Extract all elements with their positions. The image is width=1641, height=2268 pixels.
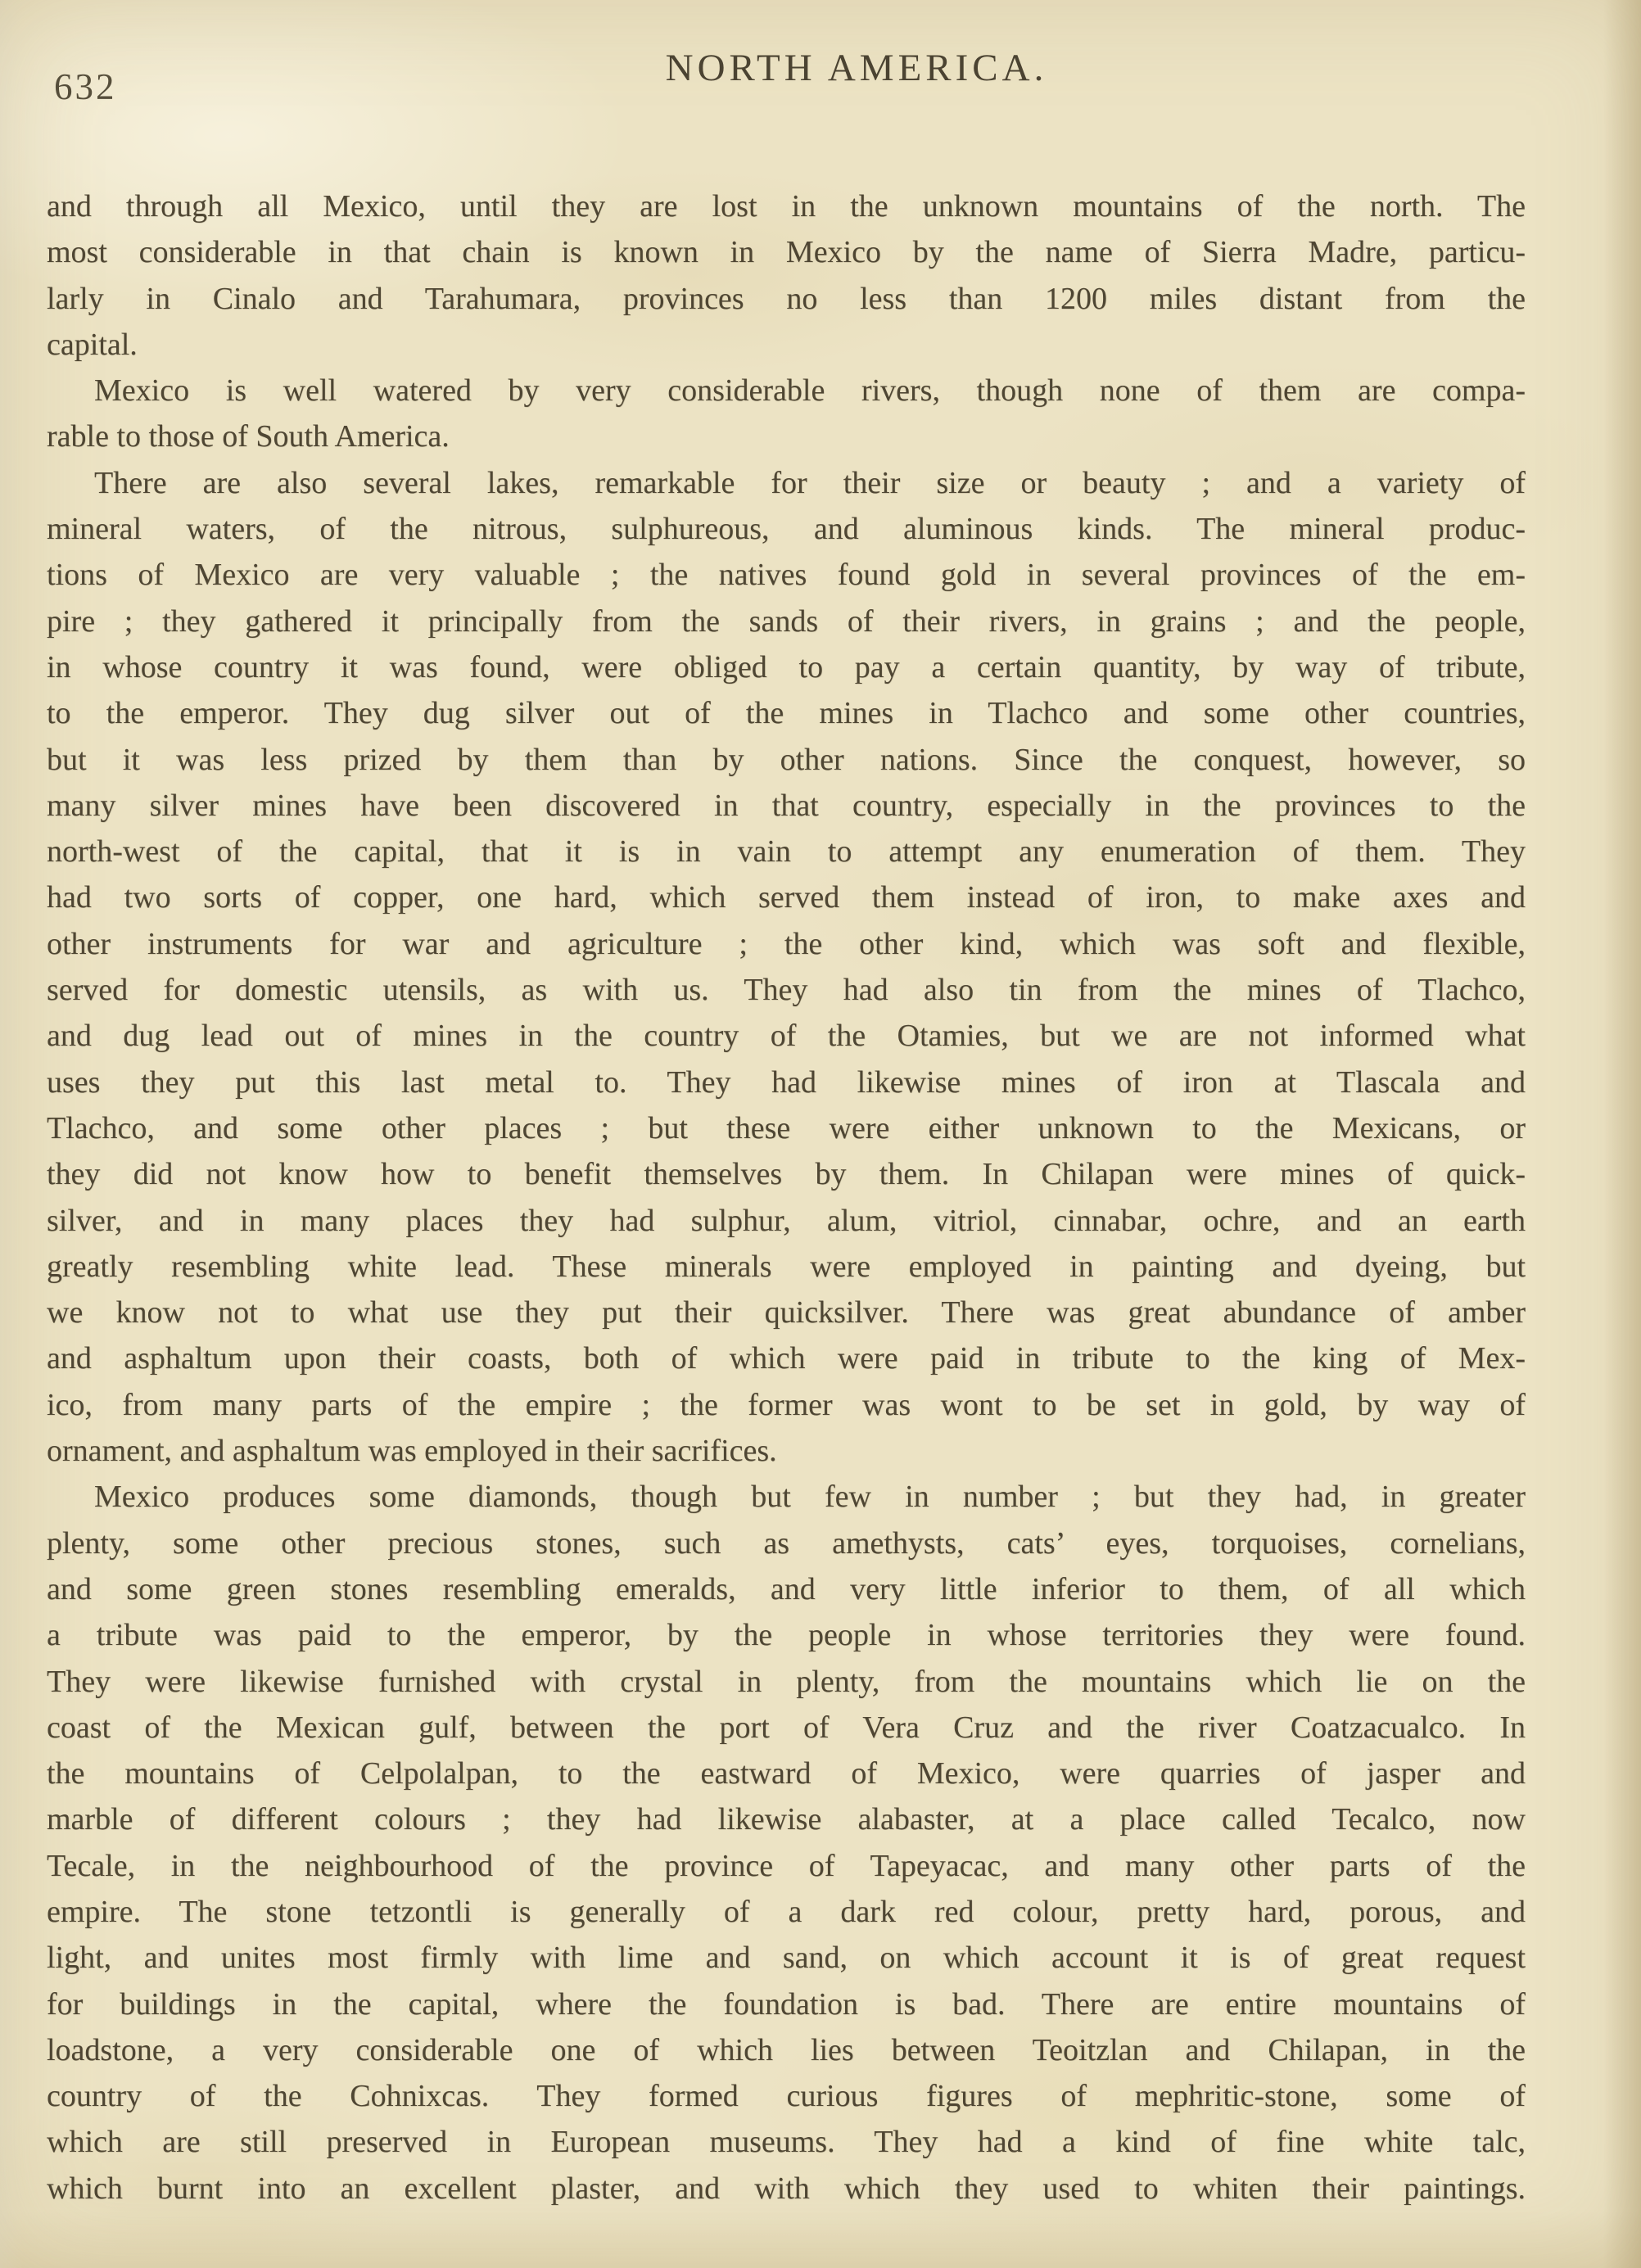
- text-line: we know not to what use they put their q…: [47, 1290, 1526, 1335]
- text-line: had two sorts of copper, one hard, which…: [47, 874, 1526, 920]
- text-line: coast of the Mexican gulf, between the p…: [47, 1705, 1526, 1751]
- text-line: Mexico produces some diamonds, though bu…: [47, 1474, 1526, 1520]
- text-line: silver, and in many places they had sulp…: [47, 1198, 1526, 1244]
- text-line: for buildings in the capital, where the …: [47, 1981, 1526, 2027]
- text-line: other instruments for war and agricultur…: [47, 921, 1526, 967]
- text-line: but it was less prized by them than by o…: [47, 737, 1526, 783]
- text-line: larly in Cinalo and Tarahumara, province…: [47, 276, 1526, 322]
- text-line: to the emperor. They dug silver out of t…: [47, 690, 1526, 736]
- text-line: served for domestic utensils, as with us…: [47, 967, 1526, 1013]
- book-page-scan: 632 NORTH AMERICA. and through all Mexic…: [0, 0, 1641, 2268]
- text-line: and through all Mexico, until they are l…: [47, 183, 1526, 229]
- text-line: ico, from many parts of the empire ; the…: [47, 1382, 1526, 1428]
- text-line: which burnt into an excellent plaster, a…: [47, 2166, 1526, 2212]
- text-line: north-west of the capital, that it is in…: [47, 829, 1526, 874]
- text-line: capital.: [47, 322, 1526, 368]
- text-line: plenty, some other precious stones, such…: [47, 1520, 1526, 1566]
- text-line: which are still preserved in European mu…: [47, 2119, 1526, 2165]
- text-line: a tribute was paid to the emperor, by th…: [47, 1612, 1526, 1658]
- text-line: uses they put this last metal to. They h…: [47, 1059, 1526, 1105]
- text-line: There are also several lakes, remarkable…: [47, 460, 1526, 506]
- text-line: many silver mines have been discovered i…: [47, 783, 1526, 829]
- text-line: pire ; they gathered it principally from…: [47, 599, 1526, 644]
- text-line: greatly resembling white lead. These min…: [47, 1244, 1526, 1290]
- body-text: and through all Mexico, until they are l…: [47, 183, 1526, 2212]
- text-line: They were likewise furnished with crysta…: [47, 1659, 1526, 1705]
- text-line: marble of different colours ; they had l…: [47, 1796, 1526, 1842]
- running-header: NORTH AMERICA.: [36, 46, 1641, 90]
- text-line: most considerable in that chain is known…: [47, 229, 1526, 275]
- paragraph: Mexico is well watered by very considera…: [47, 368, 1526, 460]
- paragraph: Mexico produces some diamonds, though bu…: [47, 1474, 1526, 2212]
- text-line: in whose country it was found, were obli…: [47, 644, 1526, 690]
- text-line: they did not know how to benefit themsel…: [47, 1151, 1526, 1197]
- text-line: empire. The stone tetzontli is generally…: [47, 1889, 1526, 1935]
- paragraph: and through all Mexico, until they are l…: [47, 183, 1526, 368]
- paragraph: There are also several lakes, remarkable…: [47, 460, 1526, 1475]
- text-line: and some green stones resembling emerald…: [47, 1566, 1526, 1612]
- text-line: Tlachco, and some other places ; but the…: [47, 1105, 1526, 1151]
- text-line: ornament, and asphaltum was employed in …: [47, 1428, 1526, 1474]
- text-line: Mexico is well watered by very considera…: [47, 368, 1526, 413]
- text-line: mineral waters, of the nitrous, sulphure…: [47, 506, 1526, 552]
- text-line: rable to those of South America.: [47, 413, 1526, 459]
- text-line: Tecale, in the neighbourhood of the prov…: [47, 1843, 1526, 1889]
- text-line: country of the Cohnixcas. They formed cu…: [47, 2073, 1526, 2119]
- text-line: tions of Mexico are very valuable ; the …: [47, 552, 1526, 598]
- text-line: and asphaltum upon their coasts, both of…: [47, 1335, 1526, 1381]
- text-line: loadstone, a very considerable one of wh…: [47, 2027, 1526, 2073]
- text-line: the mountains of Celpolalpan, to the eas…: [47, 1751, 1526, 1796]
- text-line: light, and unites most firmly with lime …: [47, 1935, 1526, 1981]
- text-line: and dug lead out of mines in the country…: [47, 1013, 1526, 1059]
